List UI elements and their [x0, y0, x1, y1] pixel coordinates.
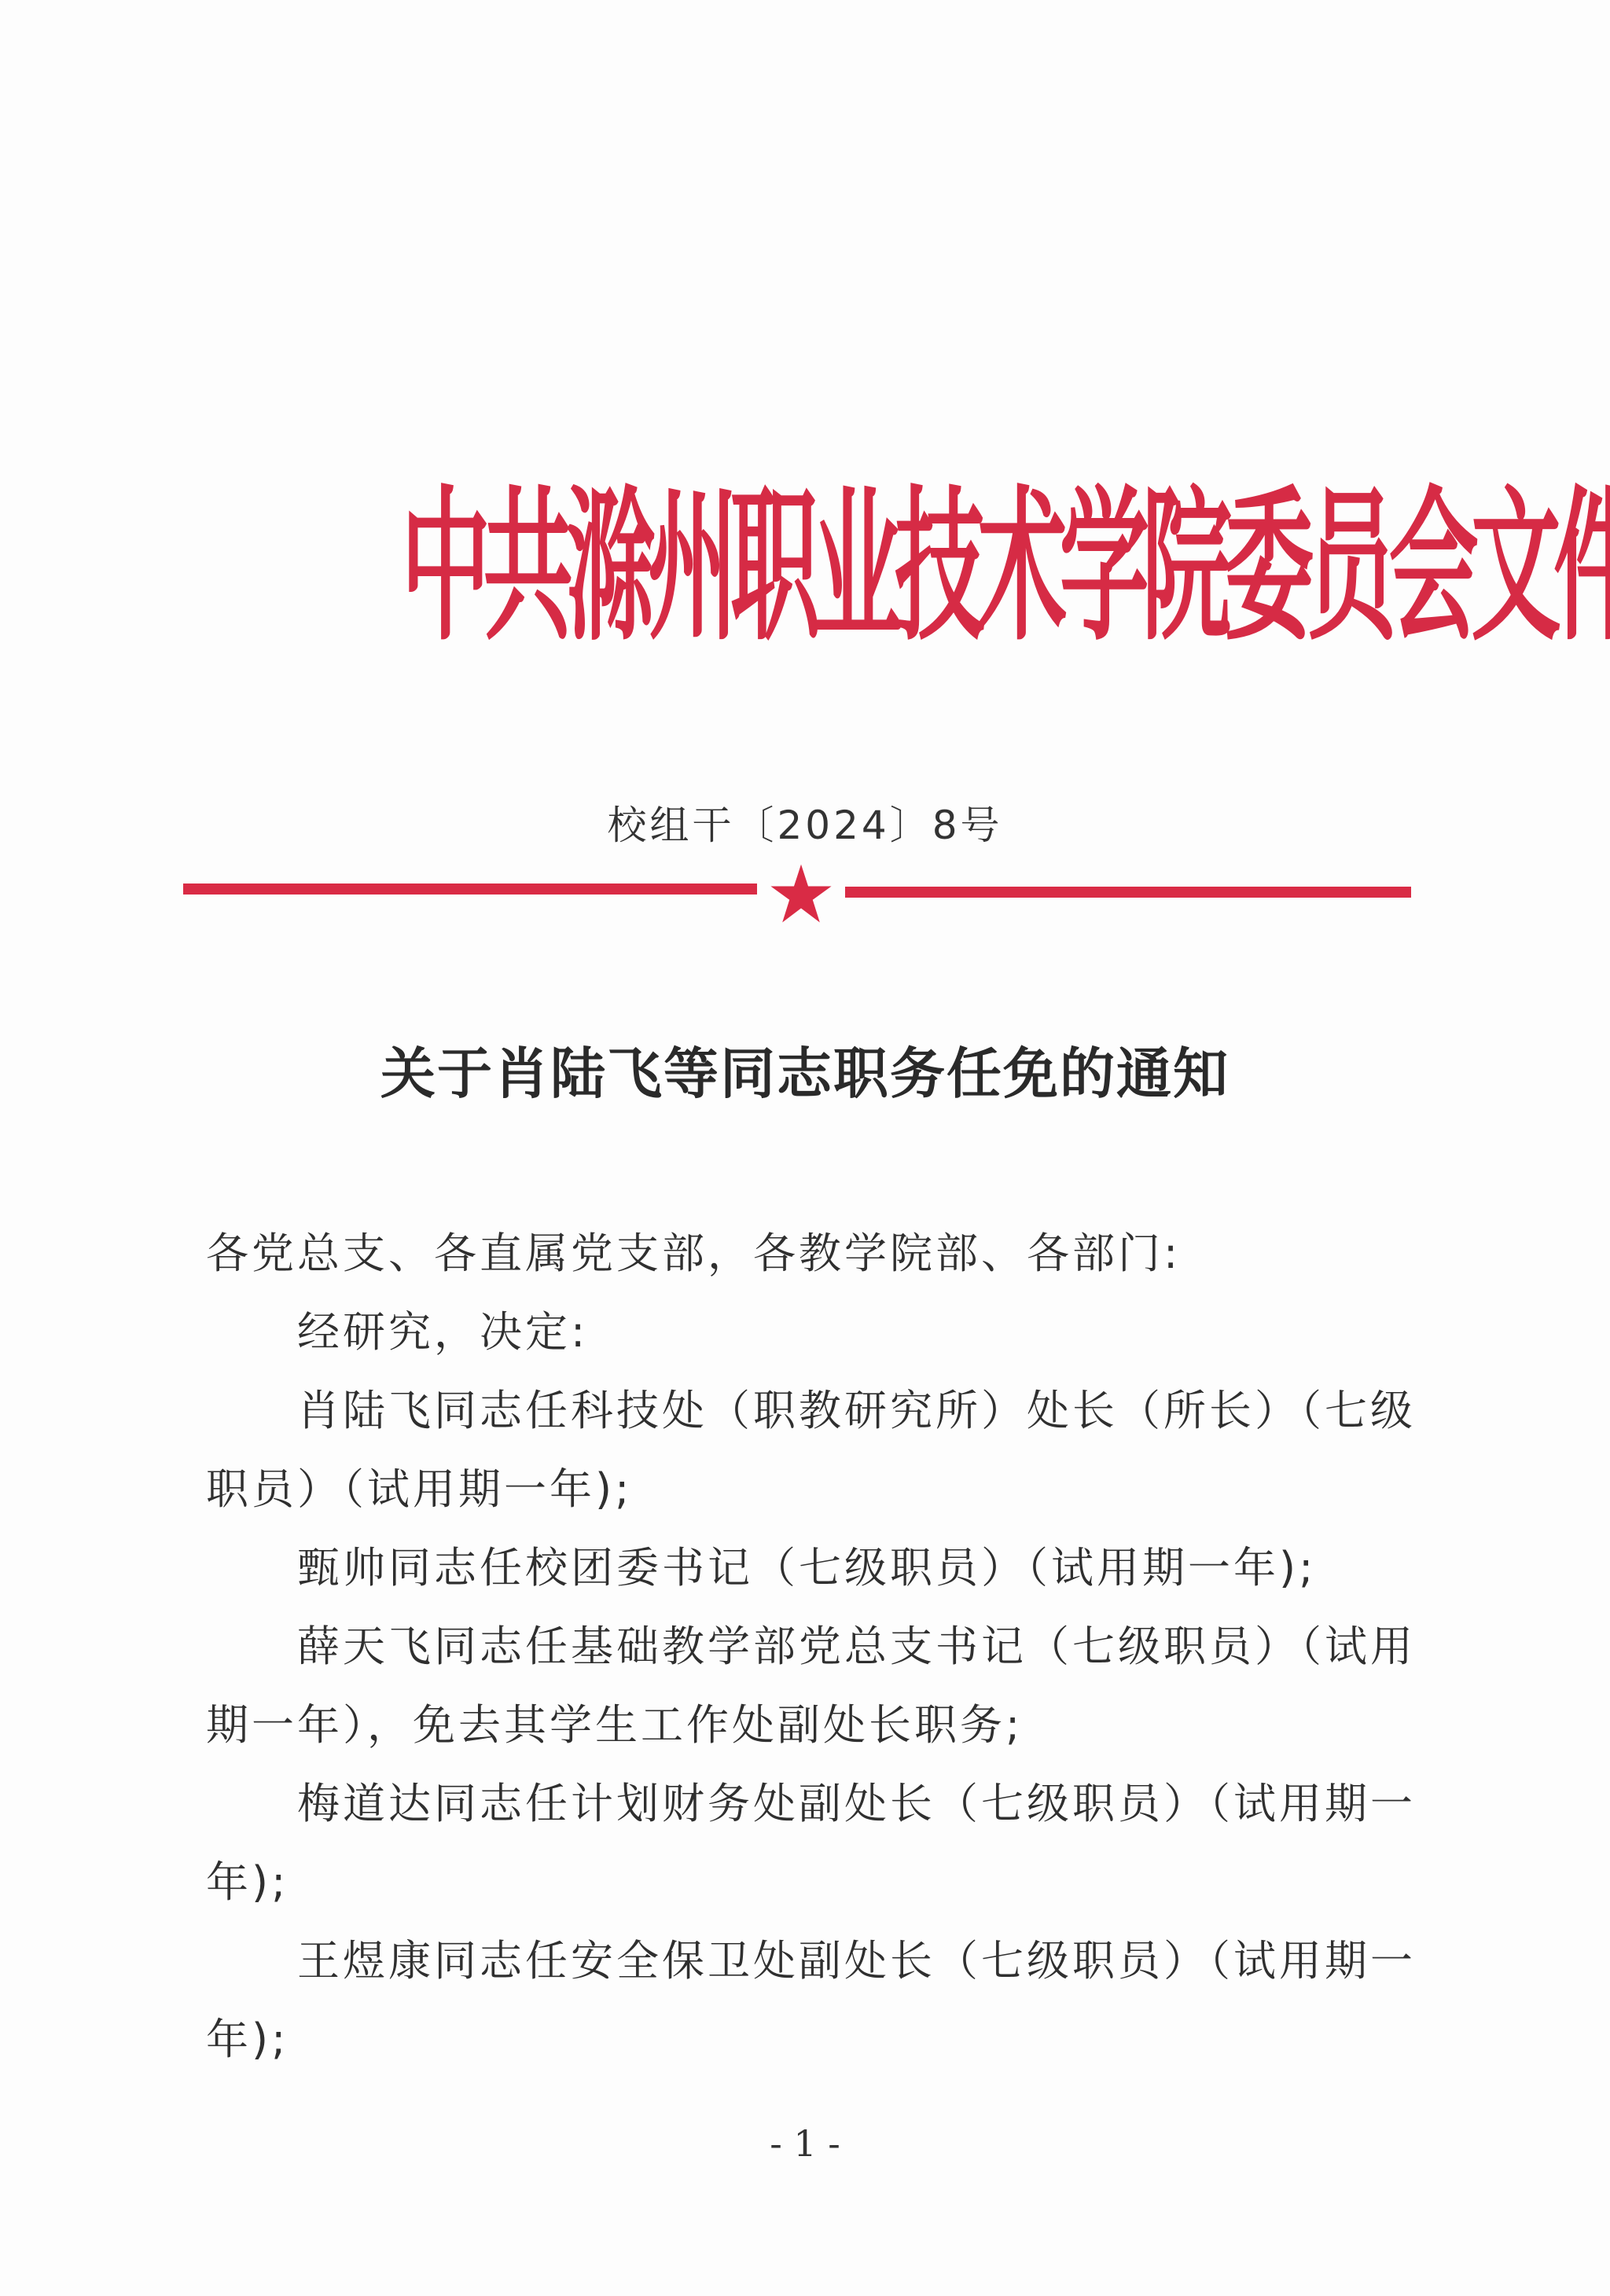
appointment-item: 甄帅同志任校团委书记（七级职员）（试用期一年); — [206, 1529, 1421, 1607]
document-number: 校组干〔2024〕8号 — [0, 794, 1610, 850]
appointment-item: 薛天飞同志任基础教学部党总支书记（七级职员）（试用期一年），免去其学生工作处副处… — [206, 1607, 1421, 1765]
header-divider-left — [183, 884, 757, 895]
page-number: - 1 - — [0, 2122, 1610, 2165]
red-star-icon — [768, 863, 834, 924]
appointment-item: 王煜康同志任安全保卫处副处长（七级职员）（试用期一年); — [206, 1922, 1421, 2079]
document-page: 中共滁州职业技术学院委员会文件 校组干〔2024〕8号 关于肖陆飞等同志职务任免… — [0, 0, 1610, 2296]
organization-header-title: 中共滁州职业技术学院委员会文件 — [401, 439, 1203, 694]
notice-title: 关于肖陆飞等同志职务任免的通知 — [0, 1030, 1610, 1109]
appointment-item: 梅道达同志任计划财务处副处长（七级职员）（试用期一年); — [206, 1765, 1421, 1922]
appointment-item: 肖陆飞同志任科技处（职教研究所）处长（所长）（七级职员）（试用期一年); — [206, 1372, 1421, 1529]
addressee-line: 各党总支、各直属党支部，各教学院部、各部门: — [206, 1214, 1421, 1293]
notice-body: 各党总支、各直属党支部，各教学院部、各部门: 经研究，决定: 肖陆飞同志任科技处… — [206, 1214, 1421, 2079]
intro-line: 经研究，决定: — [206, 1293, 1421, 1372]
header-divider-right — [845, 887, 1411, 898]
